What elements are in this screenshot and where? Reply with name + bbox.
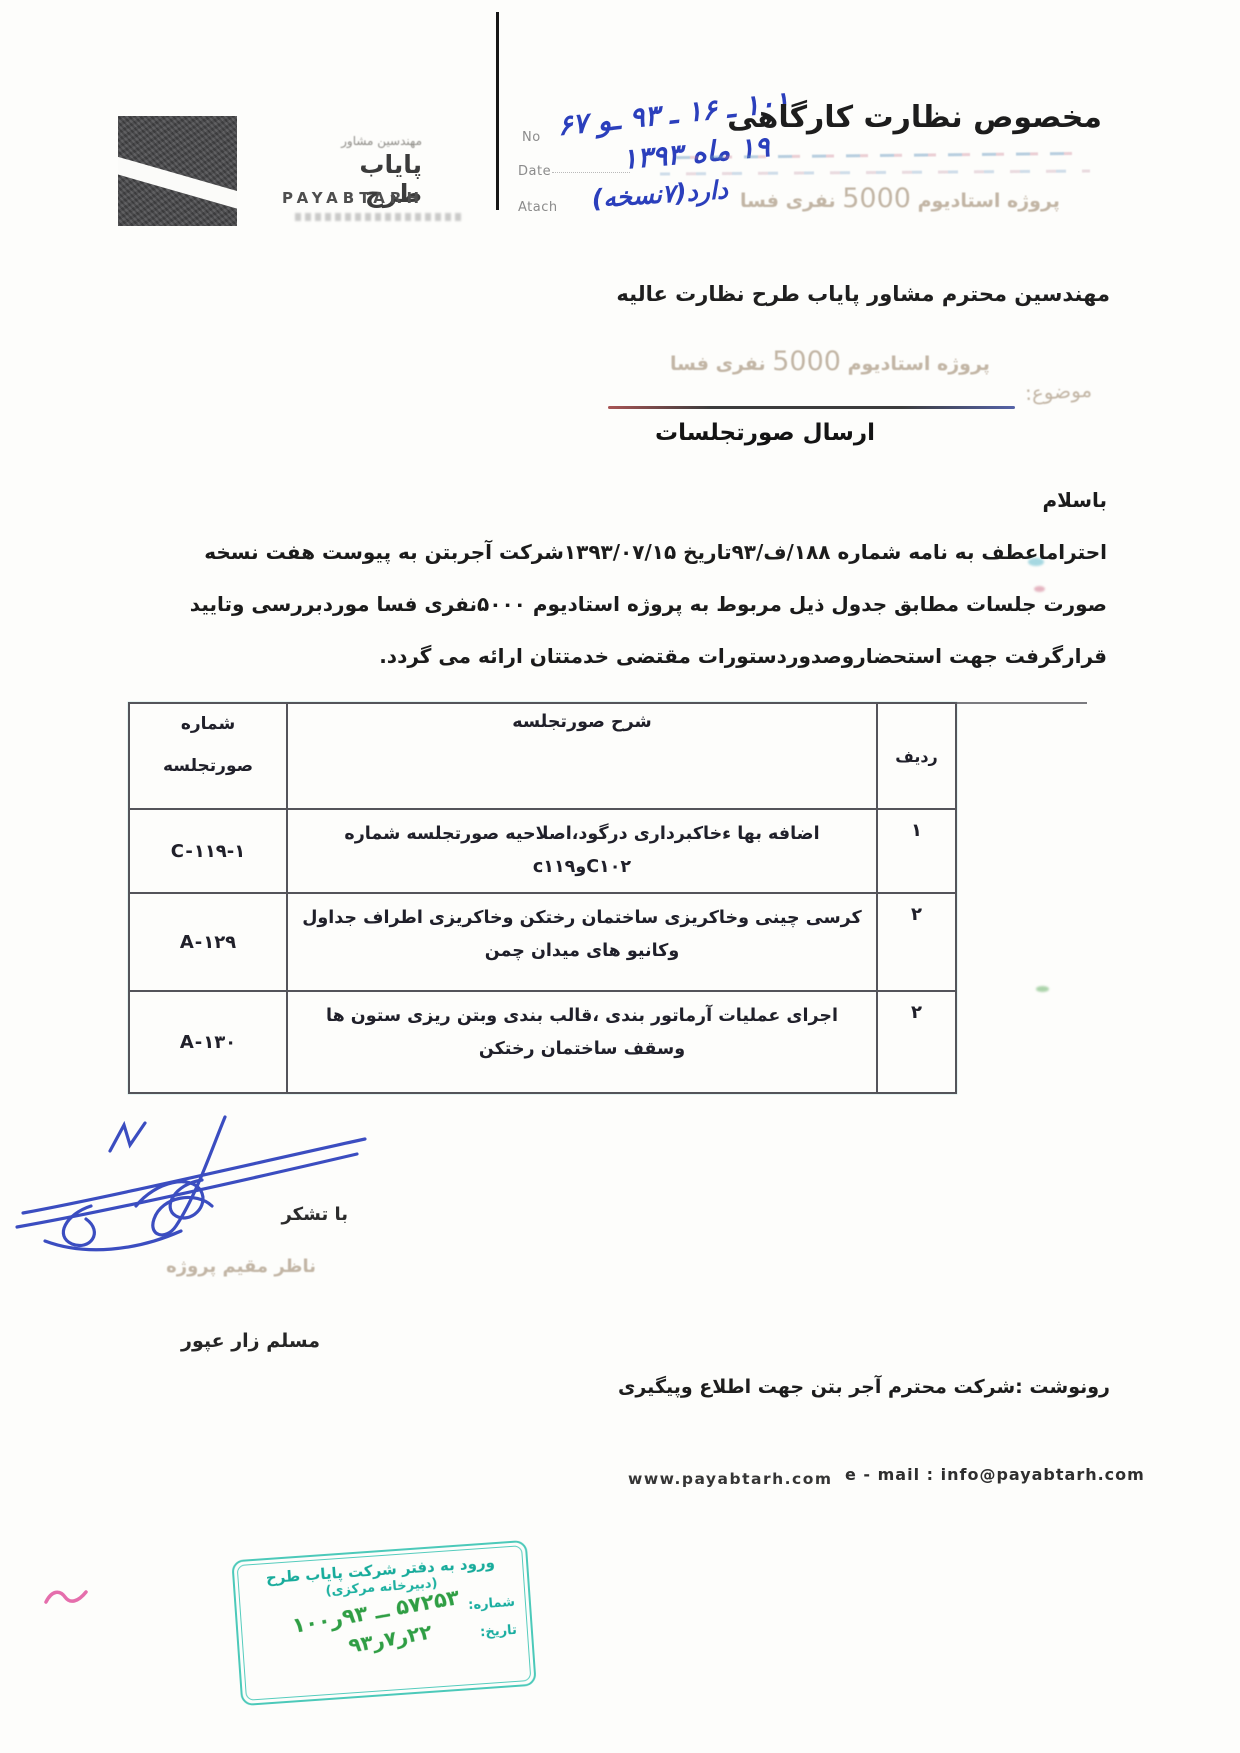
header-desc-label: شرح صورتجلسه [512,712,652,732]
handwritten-signature [15,1055,375,1280]
stamp-inner-frame: ورود به دفتر شرکت پایاب طرح (دبیرخانه مر… [237,1545,532,1701]
cell-row-number: ۲ [878,894,955,990]
company-name-en: PAYABTARH [248,189,424,207]
scan-artifact [1036,986,1049,992]
table-row: C-۱۱۹-۱ اضافه بها ءخاکبرداری درگود،اصلاح… [130,810,955,894]
cell-description: کرسی چینی وخاکریزی ساختمان رختکن وخاکریز… [288,894,878,990]
project-pre: پروژه استادیوم [918,190,1060,212]
subject-label: موضوع: [1001,378,1092,407]
cell-row-number: ۲ [878,992,955,1092]
scan-artifact [1028,558,1044,566]
brand-subtext-blur [295,213,465,221]
table-top-border-extension [955,702,1087,704]
stamp-number-label: شماره: [468,1594,516,1612]
scanned-letter-page: مهندسین مشاور پایاب طرح PAYABTARH No Dat… [0,0,1240,1753]
no-label: No [522,130,541,145]
table-row: A-۱۲۹ کرسی چینی وخاکریزی ساختمان رختکن و… [130,894,955,992]
brand-tagline: مهندسین مشاور [322,134,422,148]
header-description: شرح صورتجلسه [288,704,878,808]
body-line-3: قرارگرفت جهت استحضاروصدوردستورات مقتضی خ… [135,644,1107,668]
subject-text: ارسال صورتجلسات [615,420,875,446]
cc-line: رونوشت :شرکت محترم آجر بتن جهت اطلاع وپی… [595,1376,1110,1398]
pink-ink-mark [42,1582,94,1614]
project-capacity-2: 5000 [772,346,841,377]
project-line-mid: پروژه استادیوم 5000 نفری فسا [620,346,1040,377]
table-header-row: شماره صورتجلسه شرح صورتجلسه ردیف [130,704,955,810]
cell-description: اضافه بها ءخاکبرداری درگود،اصلاحیه صورتج… [288,810,878,892]
header-row-label: ردیف [895,747,937,766]
footer-website: www.payabtarh.com [628,1470,833,1488]
cell-description: اجرای عملیات آرماتور بندی ،قالب بندی وبت… [288,992,878,1092]
signature-role: ناظر مقیم پروژه [146,1256,316,1277]
project-capacity: 5000 [842,183,911,214]
header-row-number: ردیف [878,704,955,808]
signature-name: مسلم زار عپور [152,1330,320,1352]
minutes-table: شماره صورتجلسه شرح صورتجلسه ردیف C-۱۱۹-۱… [128,702,957,1094]
project-pre-2: پروژه استادیوم [848,353,990,375]
body-line-1: احتراماعطف به نامه شماره ۱۸۸/ف/۹۳تاریخ ۱… [135,540,1107,564]
subject-underline [608,406,1015,409]
faded-strike-line-2 [660,169,1090,175]
cell-row-number: ۱ [878,810,955,892]
logo-stripe [118,155,237,213]
project-line-top: پروژه استادیوم 5000 نفری فسا [700,183,1100,214]
cell-minutes-number: C-۱۱۹-۱ [130,810,288,892]
footer-email: e - mail : info@payabtarh.com [845,1465,1145,1484]
project-post-2: نفری فسا [670,353,766,375]
scan-artifact [1034,586,1045,592]
project-post: نفری فسا [740,190,836,212]
company-logo [118,116,237,226]
signature-thanks: با تشکر [238,1204,348,1225]
document-title: مخصوص نظارت کارگاهی [640,100,1102,135]
header-number-line2: صورتجلسه [163,756,253,776]
letterhead-divider-line [496,12,499,210]
cell-minutes-number: A-۱۲۹ [130,894,288,990]
body-line-2: صورت جلسات مطابق جدول ذیل مربوط به پروژه… [135,592,1107,616]
addressee-line: مهندسین محترم مشاور پایاب طرح نظارت عالی… [600,282,1110,306]
office-entry-stamp: ورود به دفتر شرکت پایاب طرح (دبیرخانه مر… [231,1540,536,1706]
header-number-line1: شماره [181,714,235,734]
stamp-date-label: تاریخ: [480,1622,518,1640]
salutation: باسلام [945,488,1107,512]
header-minutes-number: شماره صورتجلسه [130,704,288,808]
